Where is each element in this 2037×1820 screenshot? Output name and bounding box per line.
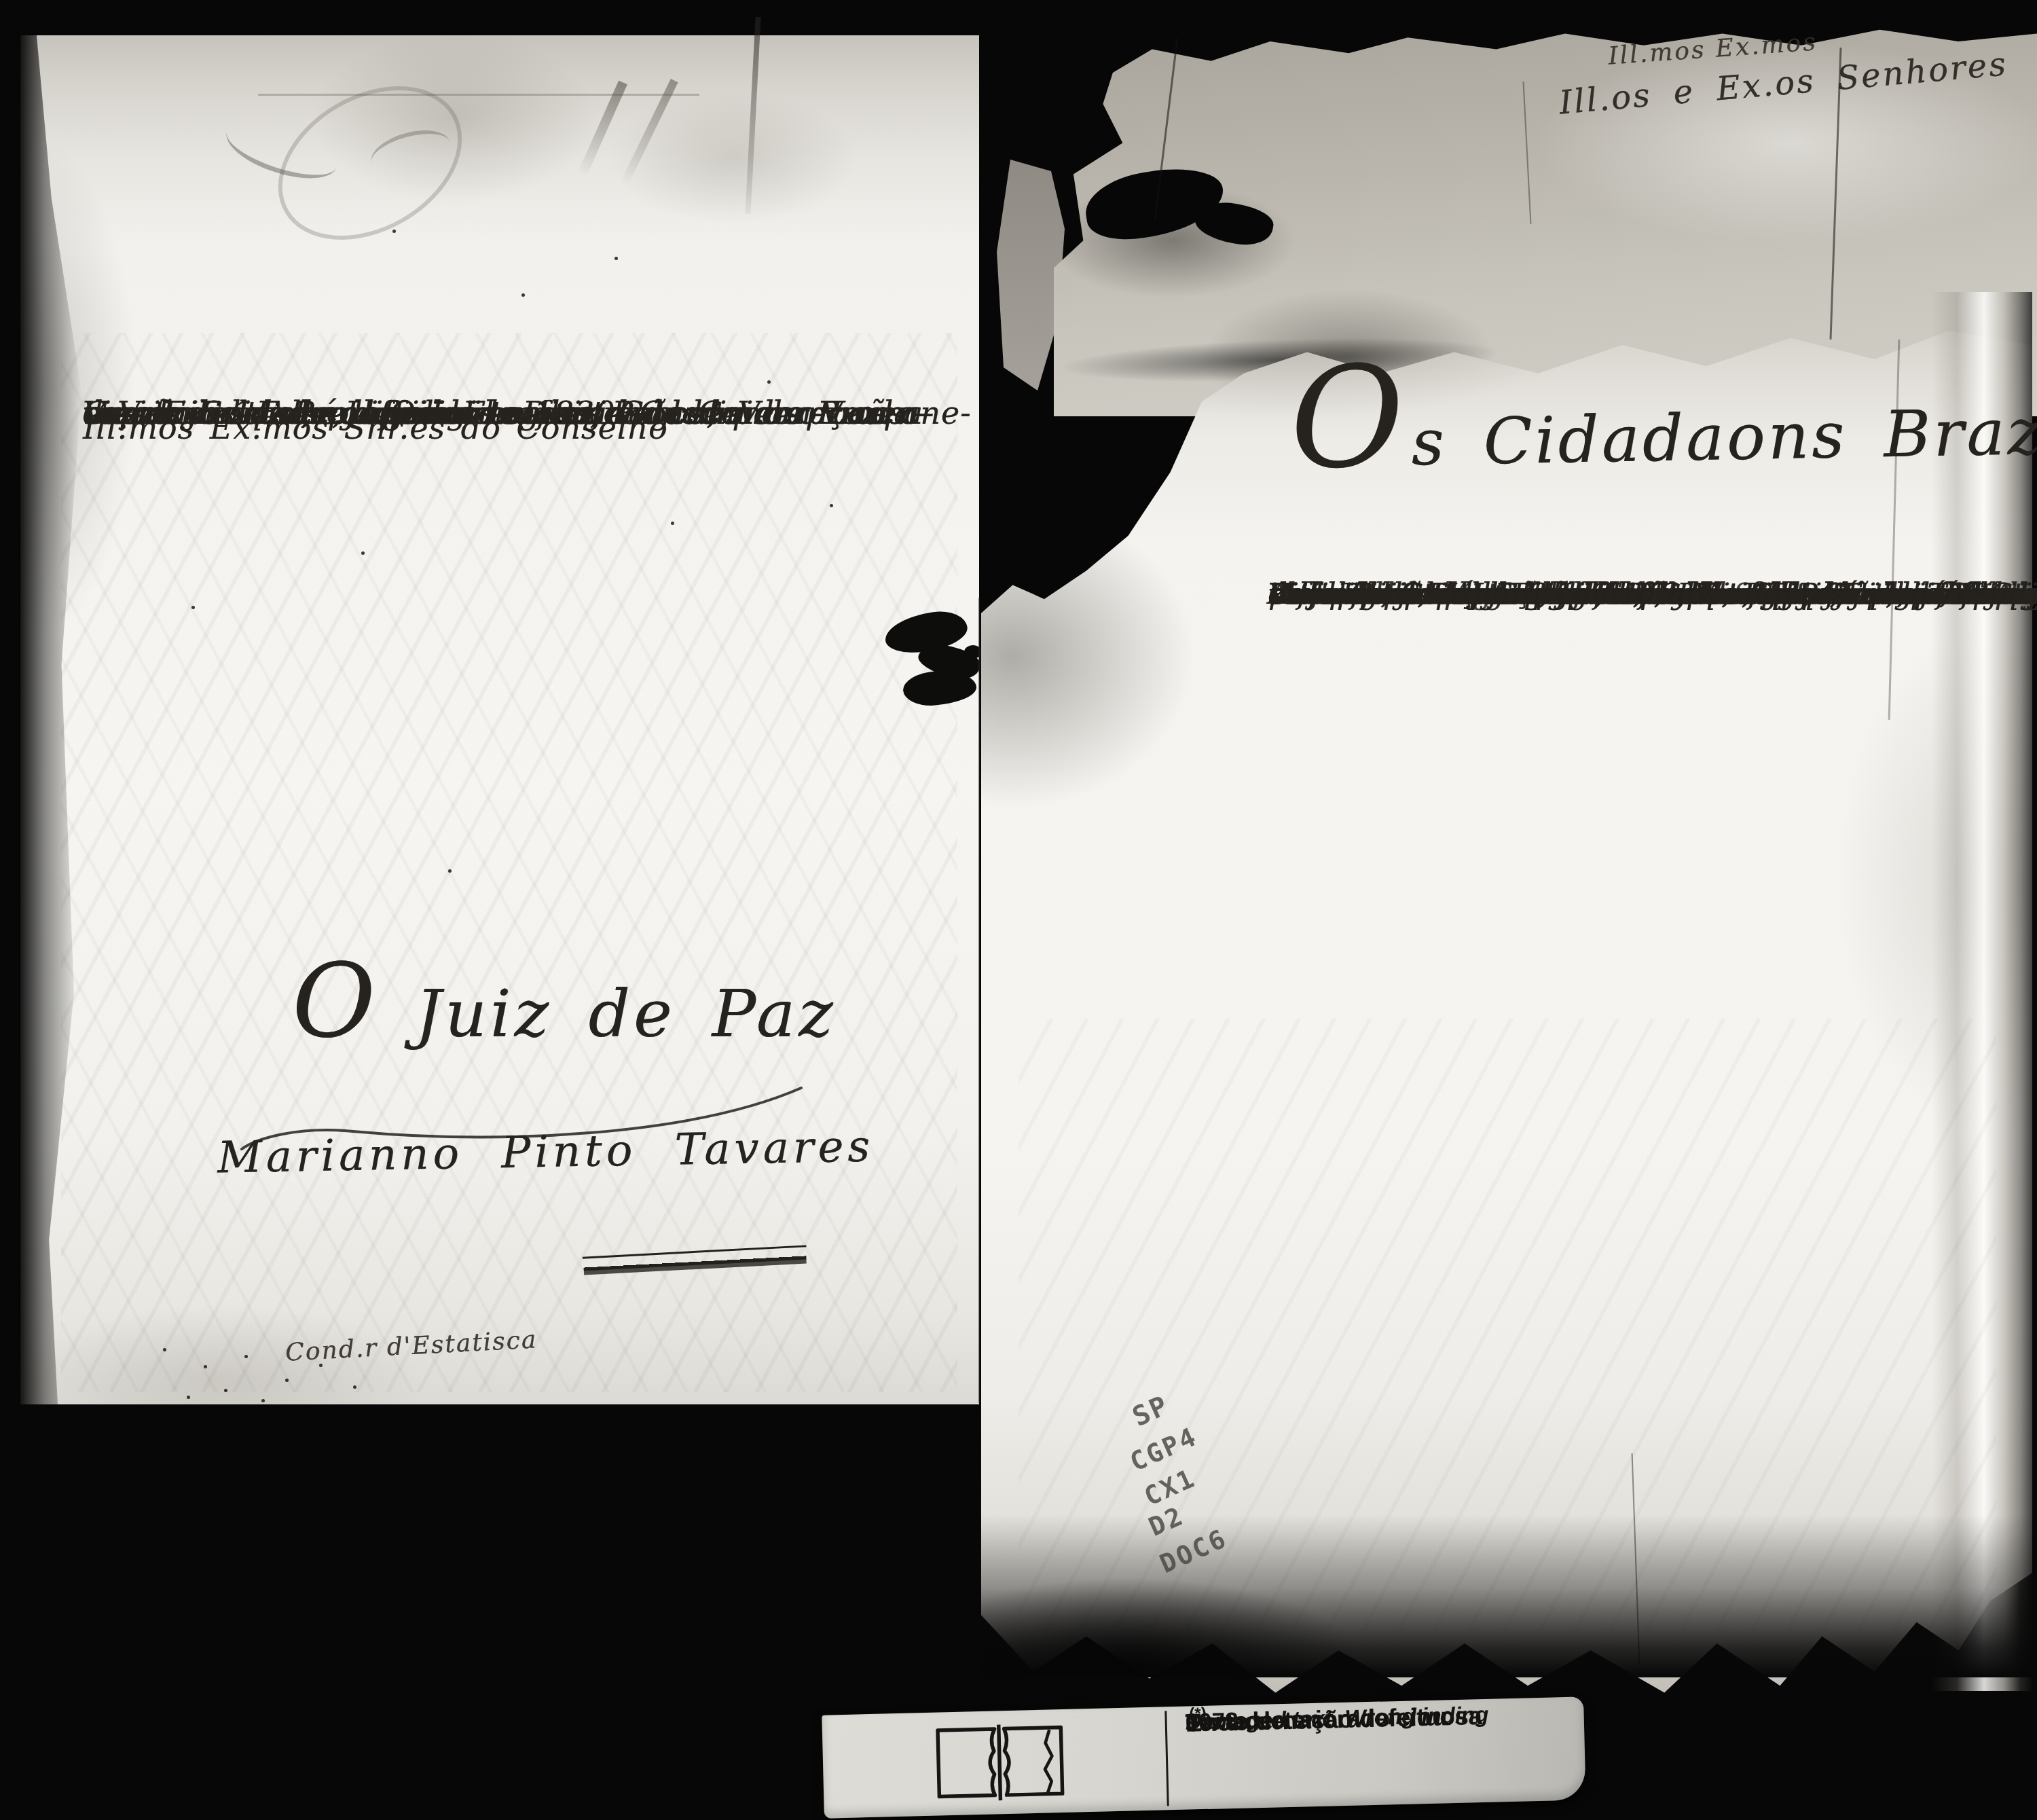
label-code-mark: (*) [1189,1700,1207,1728]
damaged-open-book-icon [897,1718,1103,1807]
label-text-block: Texto deteriorado e/ou Encadernação defe… [1185,1700,1565,1709]
petition-heading: Os Cidadaons Brazileiros [1289,368,2037,483]
label-divider [1164,1711,1169,1806]
book-spine-path [999,1725,1001,1801]
archive-condition-label: Texto deteriorado e/ou Encadernação defe… [822,1696,1585,1818]
closing-title: O Juiz de Paz [292,971,808,1052]
manuscript-line: Agora consta aos Sup.tes q.' o resultado [1268,574,2037,616]
scanned-manuscript-photo: a V.as Ex.as se dignem tomar em consider… [0,0,2037,1820]
smudge-mark [258,94,699,96]
book-right-page-path [1004,1728,1063,1796]
manuscript-line: Geral desta Provincia [83,390,447,437]
ink-specks [0,0,3,3]
page-fold-crease [978,598,980,1403]
book-left-page-path [938,1729,996,1797]
book-tear-path [1044,1730,1053,1793]
right-page-torn-bottom-shadow [981,1514,2032,1677]
left-page-bleedthrough-texture [61,333,957,1392]
